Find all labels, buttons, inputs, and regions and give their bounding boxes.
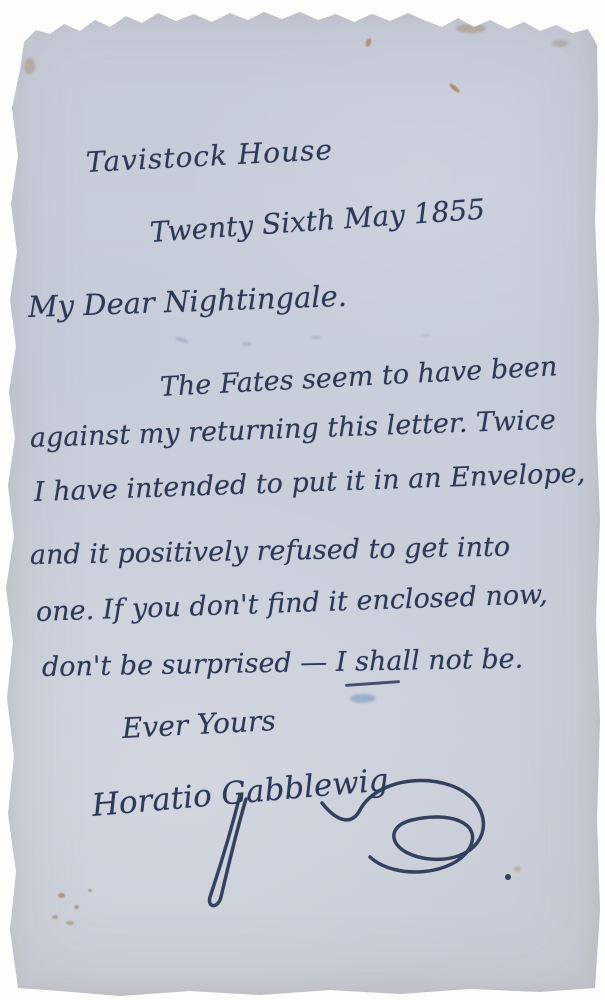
letter-body-line-1: The Fates seem to have been: [159, 351, 558, 403]
signature-flourish-lead: [322, 803, 360, 820]
foxing-spot-top-right: [448, 82, 461, 93]
scanned-letter-page: Tavistock House Twenty Sixth May 1855 My…: [0, 0, 605, 1000]
bleedthrough-2: [242, 342, 252, 346]
letter-paper: Tavistock House Twenty Sixth May 1855 My…: [0, 0, 605, 1000]
fiber-speck-top: [365, 37, 373, 47]
letter-body-line-5: one. If you don't find it enclosed now,: [35, 579, 548, 628]
letter-date-line: Twenty Sixth May 1855: [149, 193, 486, 249]
letter-signature-name: Horatio Gabblewig: [90, 762, 389, 824]
foxing-bl-5: [66, 921, 74, 925]
bleedthrough-1: [175, 336, 190, 344]
stain-top-edge: [456, 24, 486, 33]
letter-body-line-6: don't be surprised — I shall not be.: [42, 644, 524, 683]
foxing-bl-4: [88, 889, 92, 892]
letter-body-line-3: I have intended to put it in an Envelope…: [33, 458, 585, 508]
foxing-bl-3: [52, 915, 58, 919]
signature-end-dot: [505, 874, 511, 880]
foxing-bl-2: [74, 905, 79, 909]
letter-address-line: Tavistock House: [85, 133, 334, 179]
stain-top-right-edge: [552, 40, 568, 47]
letter-salutation: My Dear Nightingale.: [27, 279, 347, 324]
bleedthrough-3: [310, 336, 322, 339]
letter-closing: Ever Yours: [121, 704, 276, 745]
stain-left-edge: [24, 58, 35, 74]
foxing-bl-1: [58, 893, 65, 898]
emphasis-underline-i-shall: [345, 680, 400, 687]
foxing-spot-right-low: [514, 866, 521, 872]
ink-smudge-body: [350, 694, 376, 703]
letter-body-line-2: against my returning this letter. Twice: [29, 405, 556, 454]
letter-body-line-4: and it positively refused to get into: [30, 532, 511, 571]
bleedthrough-4: [420, 334, 430, 337]
